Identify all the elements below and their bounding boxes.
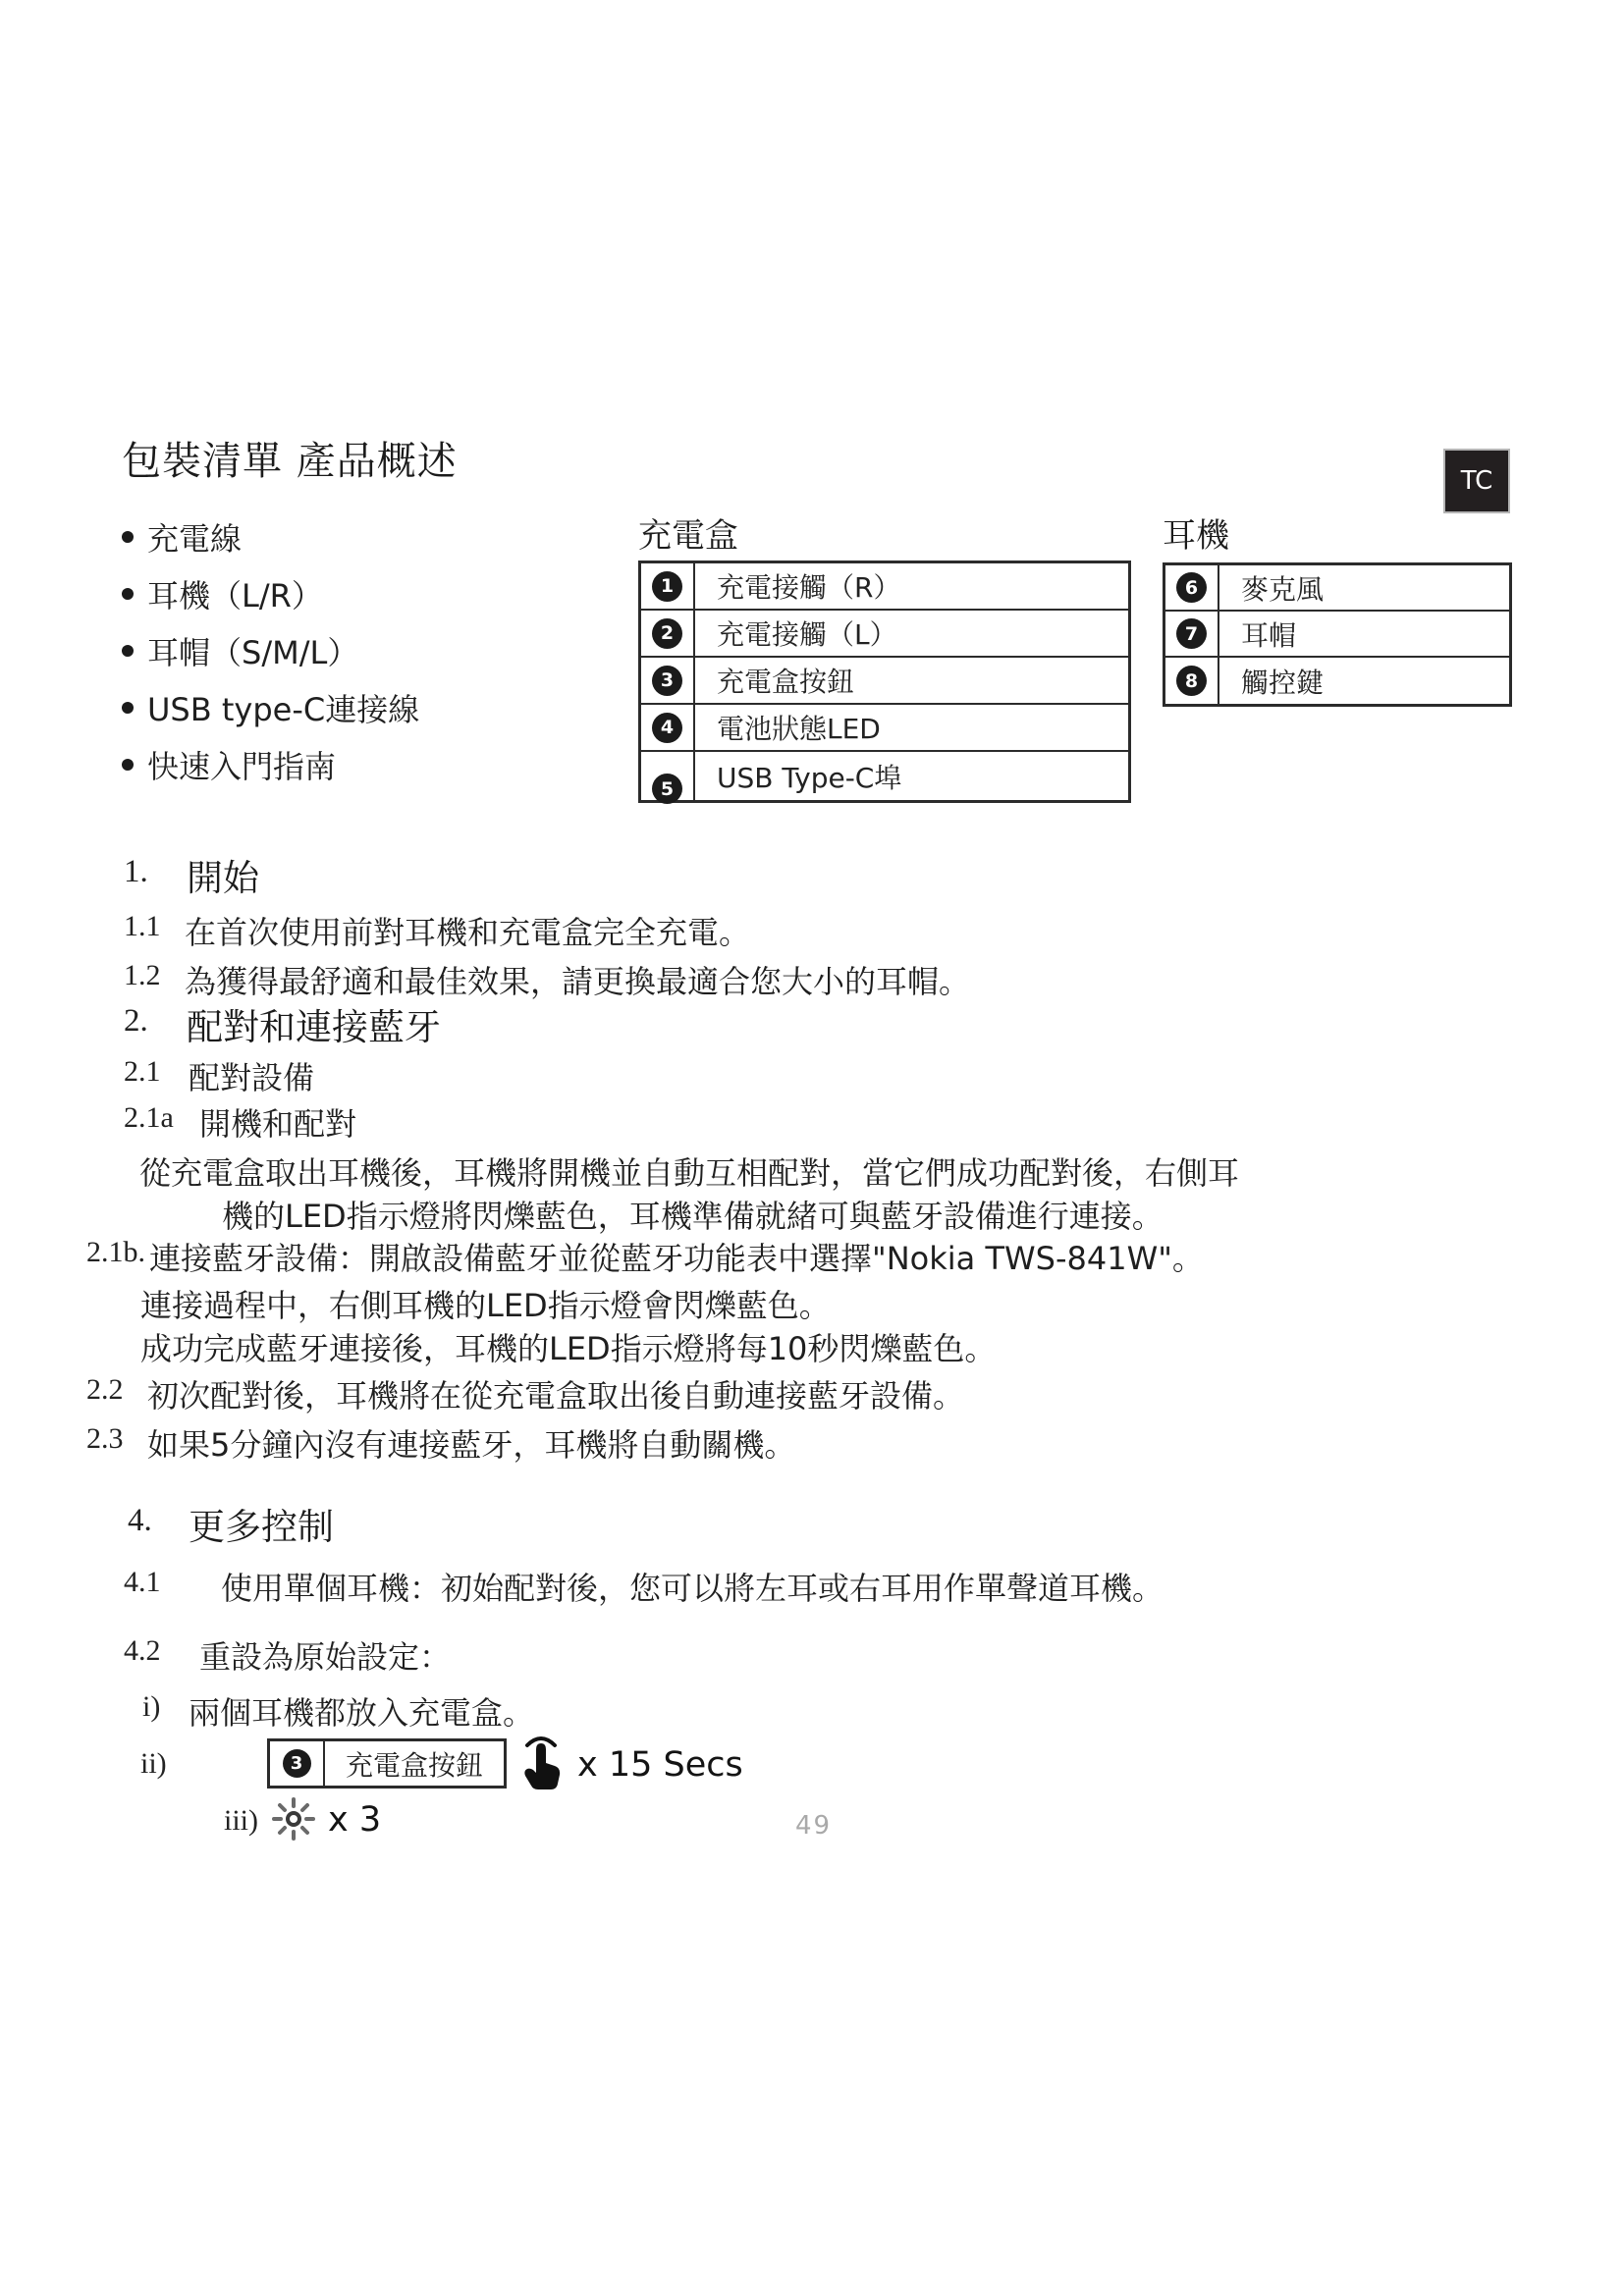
tap-icon xyxy=(514,1732,568,1792)
earbuds-title: 耳機 xyxy=(1163,508,1229,557)
table-cell-label: USB Type-C埠 xyxy=(695,752,1128,800)
charging-case-title: 充電盒 xyxy=(638,508,738,557)
item-number-badge: 6 xyxy=(1176,572,1207,603)
item-number-badge: 4 xyxy=(652,713,682,743)
bullet-icon xyxy=(122,759,134,771)
list-item: 耳帽（S/M/L） xyxy=(122,628,358,673)
line-text: 開機和配對 xyxy=(199,1099,356,1145)
list-item: 耳機（L/R） xyxy=(122,571,323,616)
page-title: 包裝清單 產品概述 xyxy=(122,430,458,486)
line-text: 連接過程中，右側耳機的LED指示燈會閃爍藍色。 xyxy=(140,1281,831,1326)
line-text: 從充電盒取出耳機後，耳機將開機並自動互相配對，當它們成功配對後，右側耳 xyxy=(139,1148,1239,1194)
line-text: 兩個耳機都放入充電盒。 xyxy=(189,1688,534,1734)
line-number: 2.3 xyxy=(86,1422,124,1456)
bullet-icon xyxy=(122,531,134,543)
line-number: 2.1 xyxy=(124,1055,161,1089)
item-number-badge: 5 xyxy=(652,774,682,804)
table-row: 7 耳帽 xyxy=(1165,612,1509,658)
language-badge-label: TC xyxy=(1461,466,1493,496)
table-row: 1 充電接觸（R） xyxy=(641,563,1128,611)
hold-duration-text: x 15 Secs xyxy=(577,1745,743,1785)
line-text: 為獲得最舒適和最佳效果，請更換最適合您大小的耳帽。 xyxy=(185,957,970,1002)
table-cell-label: 麥克風 xyxy=(1219,565,1509,610)
repeat-count-text: x 3 xyxy=(328,1800,381,1840)
package-item-label: 耳機（L/R） xyxy=(147,571,323,616)
page-number: 49 xyxy=(795,1811,832,1841)
line-number: iii) xyxy=(224,1804,258,1838)
line-text: 成功完成藍牙連接後，耳機的LED指示燈將每10秒閃爍藍色。 xyxy=(140,1324,996,1369)
case-button-callout: 3 充電盒按鈕 xyxy=(267,1738,507,1789)
line-text: 機的LED指示燈將閃爍藍色，耳機準備就緒可與藍牙設備進行連接。 xyxy=(222,1192,1164,1237)
section-number: 4. xyxy=(128,1503,152,1539)
table-cell-label: 耳帽 xyxy=(1219,612,1509,656)
line-number: i) xyxy=(142,1690,160,1724)
section-number: 2. xyxy=(124,1003,148,1040)
table-row: 5 USB Type-C埠 xyxy=(641,752,1128,800)
table-row: 6 麥克風 xyxy=(1165,565,1509,612)
package-item-label: 充電線 xyxy=(147,514,242,560)
case-button-label: 充電盒按鈕 xyxy=(325,1741,504,1786)
table-cell-label: 充電接觸（L） xyxy=(695,611,1128,656)
item-number-badge: 7 xyxy=(1176,618,1207,649)
item-number-badge: 2 xyxy=(652,618,682,649)
table-cell-label: 電池狀態LED xyxy=(695,705,1128,750)
line-number: 2.2 xyxy=(86,1373,124,1407)
table-cell-label: 觸控鍵 xyxy=(1219,658,1509,704)
table-row: 3 充電盒按鈕 xyxy=(641,658,1128,705)
table-cell-label: 充電盒按鈕 xyxy=(695,658,1128,703)
line-number: 2.1b. xyxy=(86,1236,145,1269)
bullet-icon xyxy=(122,645,134,657)
line-number: 4.1 xyxy=(124,1566,161,1599)
item-number-badge: 8 xyxy=(1176,666,1207,696)
language-badge: TC xyxy=(1445,451,1508,511)
list-item: 快速入門指南 xyxy=(122,742,336,787)
line-number: 1.1 xyxy=(124,910,161,943)
section-title: 更多控制 xyxy=(189,1497,334,1550)
table-cell-label: 充電接觸（R） xyxy=(695,563,1128,609)
manual-page: 包裝清單 產品概述 TC 充電線 耳機（L/R） 耳帽（S/M/L） USB t… xyxy=(0,0,1624,2296)
table-row: 4 電池狀態LED xyxy=(641,705,1128,752)
list-item: 充電線 xyxy=(122,514,242,560)
line-text: 連接藍牙設備：開啟設備藍牙並從藍牙功能表中選擇"Nokia TWS-841W"。 xyxy=(149,1234,1204,1279)
package-item-label: 快速入門指南 xyxy=(147,742,336,787)
package-item-label: USB type-C連接線 xyxy=(147,685,419,730)
item-number-badge: 3 xyxy=(652,666,682,696)
package-item-label: 耳帽（S/M/L） xyxy=(147,628,358,673)
item-number-badge: 1 xyxy=(652,571,682,602)
line-number: ii) xyxy=(140,1747,167,1781)
line-number: 1.2 xyxy=(124,959,161,992)
line-number: 4.2 xyxy=(124,1634,161,1668)
section-title: 配對和連接藍牙 xyxy=(187,997,441,1050)
bullet-icon xyxy=(122,588,134,600)
list-item: USB type-C連接線 xyxy=(122,685,419,730)
table-row: 8 觸控鍵 xyxy=(1165,658,1509,704)
line-text: 初次配對後，耳機將在從充電盒取出後自動連接藍牙設備。 xyxy=(147,1371,964,1416)
led-flash-icon xyxy=(271,1796,316,1842)
line-text: 使用單個耳機：初始配對後，您可以將左耳或右耳用作單聲道耳機。 xyxy=(221,1564,1164,1609)
line-text: 如果5分鐘內沒有連接藍牙，耳機將自動關機。 xyxy=(147,1420,795,1466)
line-text: 配對設備 xyxy=(189,1053,314,1098)
line-number: 2.1a xyxy=(124,1101,174,1135)
bullet-icon xyxy=(122,702,134,714)
line-text: 在首次使用前對耳機和充電盒完全充電。 xyxy=(185,908,750,953)
charging-case-table: 1 充電接觸（R） 2 充電接觸（L） 3 充電盒按鈕 4 電池狀態LED 5 … xyxy=(638,561,1131,803)
section-title: 開始 xyxy=(187,848,259,901)
earbuds-table: 6 麥克風 7 耳帽 8 觸控鍵 xyxy=(1163,562,1512,707)
item-number-badge: 3 xyxy=(283,1749,311,1778)
section-number: 1. xyxy=(124,854,148,890)
table-row: 2 充電接觸（L） xyxy=(641,611,1128,658)
line-text: 重設為原始設定： xyxy=(199,1632,451,1678)
